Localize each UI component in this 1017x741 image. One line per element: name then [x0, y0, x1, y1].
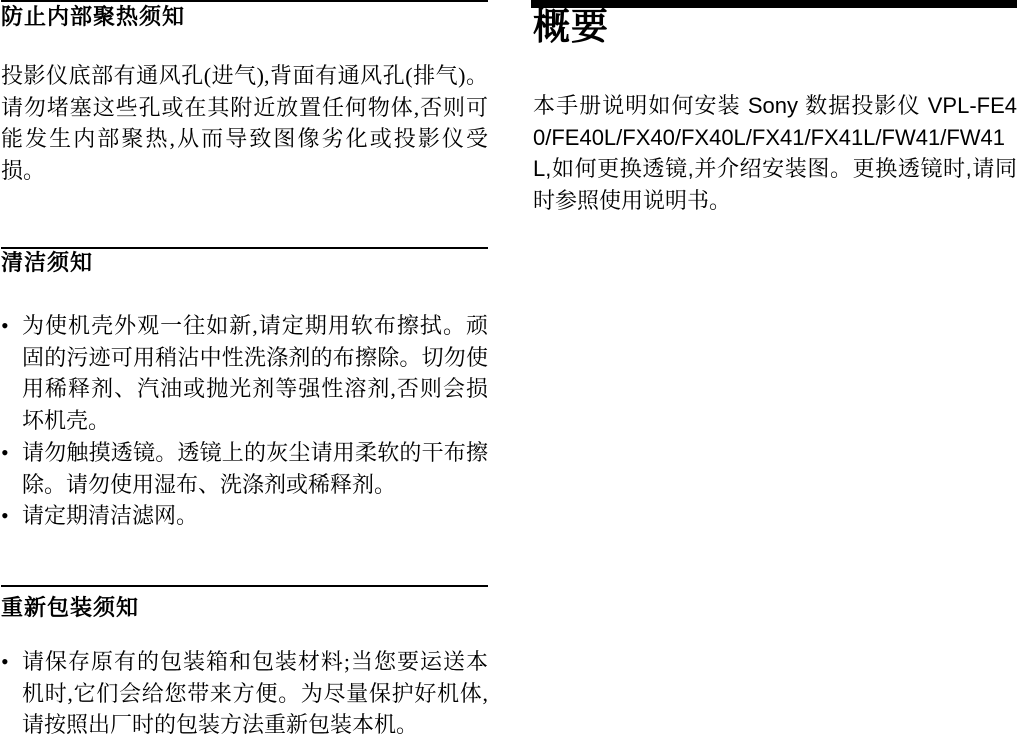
list-item: • 请定期清洁滤网。	[1, 500, 488, 532]
paragraph-overview: 本手册说明如何安装 Sony 数据投影仪 VPL-FE40/FE40L/FX40…	[533, 90, 1017, 217]
list-item: • 请勿触摸透镜。透镜上的灰尘请用柔软的干布擦除。请勿使用湿布、洗涤剂或稀释剂。	[1, 437, 488, 500]
section-divider-cleaning	[1, 247, 488, 249]
manual-page: 防止内部聚热须知 投影仪底部有通风孔(进气),背面有通风孔(排气)。请勿堵塞这些…	[0, 0, 1017, 741]
section-heading-overheat: 防止内部聚热须知	[1, 4, 488, 30]
bullet-text-packing: 请保存原有的包装箱和包装材料;当您要运送本机时,它们会给您带来方便。为尽量保护好…	[22, 649, 488, 737]
bullet-text-cabinet: 为使机壳外观一往如新,请定期用软布擦拭。顽固的污迹可用稍沾中性洗涤剂的布擦除。切…	[22, 313, 488, 433]
left-column: 防止内部聚热须知 投影仪底部有通风孔(进气),背面有通风孔(排气)。请勿堵塞这些…	[1, 0, 488, 741]
chapter-title: 概要	[533, 5, 609, 49]
repacking-bullet-list: • 请保存原有的包装箱和包装材料;当您要运送本机时,它们会给您带来方便。为尽量保…	[1, 646, 488, 741]
bullet-icon: •	[1, 437, 9, 469]
list-item: • 请保存原有的包装箱和包装材料;当您要运送本机时,它们会给您带来方便。为尽量保…	[1, 646, 488, 741]
section-heading-repacking: 重新包装须知	[1, 595, 488, 621]
section-heading-cleaning: 清洁须知	[1, 250, 488, 276]
bullet-text-lens: 请勿触摸透镜。透镜上的灰尘请用柔软的干布擦除。请勿使用湿布、洗涤剂或稀释剂。	[22, 440, 488, 497]
right-column: 概要 本手册说明如何安装 Sony 数据投影仪 VPL-FE40/FE40L/F…	[530, 0, 1017, 741]
bullet-icon: •	[1, 310, 9, 342]
paragraph-ventilation: 投影仪底部有通风孔(进气),背面有通风孔(排气)。请勿堵塞这些孔或在其附近放置任…	[1, 60, 488, 187]
bullet-text-filter: 请定期清洁滤网。	[22, 503, 198, 528]
cleaning-bullet-list: • 为使机壳外观一往如新,请定期用软布擦拭。顽固的污迹可用稍沾中性洗涤剂的布擦除…	[1, 310, 488, 532]
bullet-icon: •	[1, 646, 9, 678]
bullet-icon: •	[1, 500, 9, 532]
section-divider-top	[1, 0, 488, 2]
section-divider-repacking	[1, 585, 488, 587]
list-item: • 为使机壳外观一往如新,请定期用软布擦拭。顽固的污迹可用稍沾中性洗涤剂的布擦除…	[1, 310, 488, 437]
